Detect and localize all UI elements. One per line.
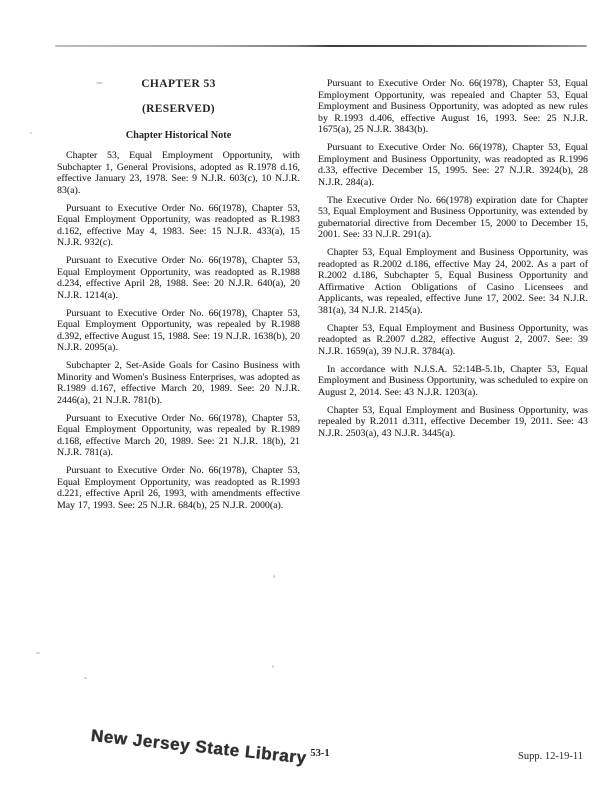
two-column-body: CHAPTER 53 (RESERVED) Chapter Historical…: [57, 76, 588, 518]
chapter-title: CHAPTER 53: [57, 78, 300, 90]
library-stamp: New Jersey State Library: [90, 726, 308, 769]
historical-note-paragraph: In accordance with N.J.S.A. 52:14B-5.1b,…: [318, 364, 588, 399]
historical-note-paragraph: Pursuant to Executive Order No. 66(1978)…: [57, 413, 300, 459]
historical-note-paragraph: Pursuant to Executive Order No. 66(1978)…: [318, 78, 588, 136]
historical-note-paragraph: Subchapter 2, Set-Aside Goals for Casino…: [57, 360, 300, 406]
historical-note-paragraph: Chapter 53, Equal Employment and Busines…: [318, 247, 588, 316]
historical-note-paragraph: Pursuant to Executive Order No. 66(1978)…: [318, 142, 588, 188]
top-horizontal-rule: [55, 45, 587, 47]
scan-speck: [273, 575, 275, 578]
historical-note-paragraph: Chapter 53, Equal Employment Opportunity…: [57, 150, 300, 196]
right-column: Pursuant to Executive Order No. 66(1978)…: [318, 76, 588, 518]
scan-speck: [36, 652, 40, 654]
scan-speck: [84, 677, 87, 679]
historical-note-paragraph: Pursuant to Executive Order No. 66(1978)…: [57, 465, 300, 511]
scanned-document-page: CHAPTER 53 (RESERVED) Chapter Historical…: [0, 0, 616, 800]
left-column: CHAPTER 53 (RESERVED) Chapter Historical…: [57, 76, 300, 518]
historical-note-paragraph: Pursuant to Executive Order No. 66(1978)…: [57, 255, 300, 301]
supplement-date: Supp. 12-19-11: [518, 751, 583, 762]
page-number: 53-1: [280, 748, 360, 759]
historical-note-paragraph: Chapter 53, Equal Employment and Busines…: [318, 405, 588, 440]
scan-speck: [30, 132, 32, 134]
historical-note-paragraph: Pursuant to Executive Order No. 66(1978)…: [57, 308, 300, 354]
scan-speck: [272, 665, 274, 668]
historical-note-paragraph: Chapter 53, Equal Employment and Busines…: [318, 323, 588, 358]
historical-note-paragraph: The Executive Order No. 66(1978) expirat…: [318, 195, 588, 241]
reserved-label: (RESERVED): [57, 103, 300, 115]
historical-note-paragraph: Pursuant to Executive Order No. 66(1978)…: [57, 203, 300, 249]
historical-note-title: Chapter Historical Note: [57, 130, 300, 141]
